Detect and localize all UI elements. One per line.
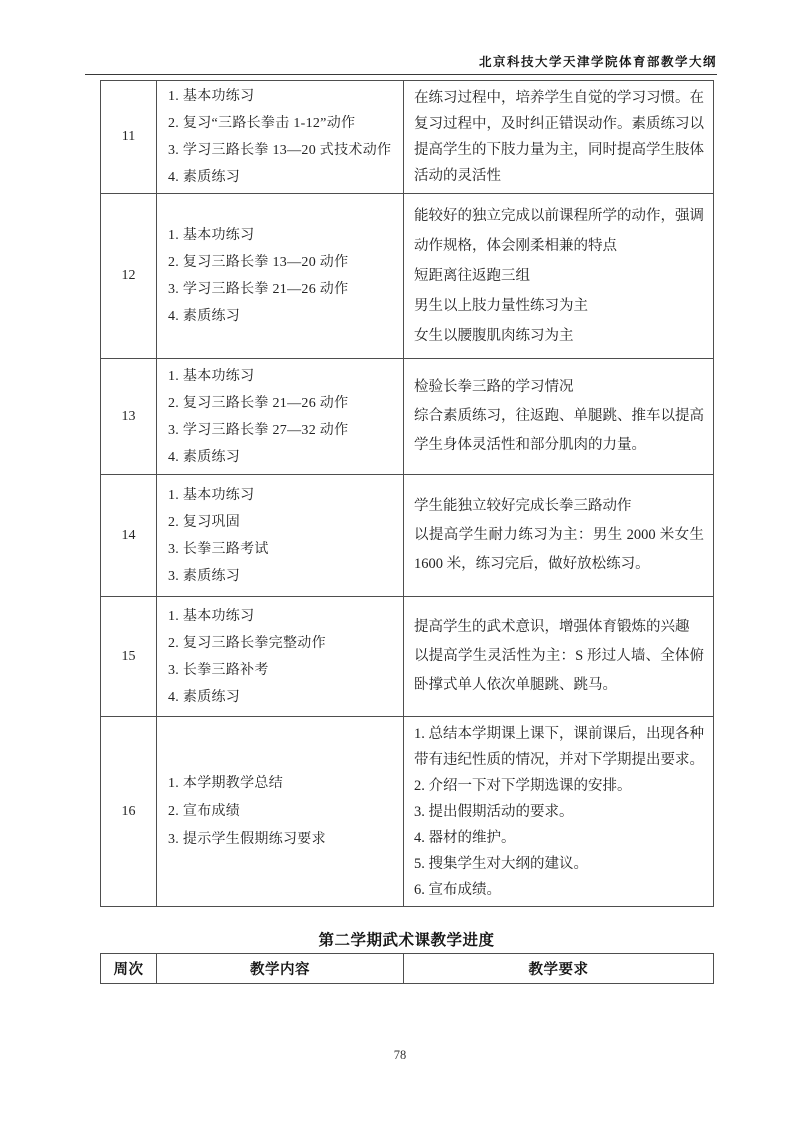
header-rule bbox=[85, 74, 717, 75]
content-cell: 1. 基本功练习 2. 复习三路长拳 21—26 动作 3. 学习三路长拳 27… bbox=[157, 359, 404, 475]
table-row-week-13: 13 1. 基本功练习 2. 复习三路长拳 21—26 动作 3. 学习三路长拳… bbox=[101, 359, 714, 475]
column-header-requirements: 教学要求 bbox=[404, 954, 714, 984]
content-line: 4. 素质练习 bbox=[168, 684, 399, 711]
requirement-line: 3. 提出假期活动的要求。 bbox=[414, 799, 704, 825]
content-line: 3. 提示学生假期练习要求 bbox=[168, 826, 399, 854]
requirement-line: 6. 宣布成绩。 bbox=[414, 877, 704, 903]
content-cell: 1. 基本功练习 2. 复习巩固 3. 长拳三路考试 3. 素质练习 bbox=[157, 475, 404, 597]
week-number: 12 bbox=[101, 194, 157, 359]
week-number: 13 bbox=[101, 359, 157, 475]
table-row-week-16: 16 1. 本学期教学总结 2. 宣布成绩 3. 提示学生假期练习要求 1. 总… bbox=[101, 717, 714, 907]
table-row-week-12: 12 1. 基本功练习 2. 复习三路长拳 13—20 动作 3. 学习三路长拳… bbox=[101, 194, 714, 359]
column-header-content: 教学内容 bbox=[157, 954, 404, 984]
table-row-week-11: 11 1. 基本功练习 2. 复习“三路长拳击 1-12”动作 3. 学习三路长… bbox=[101, 81, 714, 194]
week-number: 14 bbox=[101, 475, 157, 597]
requirement-line: 综合素质练习，往返跑、单腿跳、推车以提高学生身体灵活性和部分肌肉的力量。 bbox=[414, 402, 704, 460]
content-cell: 1. 基本功练习 2. 复习三路长拳 13—20 动作 3. 学习三路长拳 21… bbox=[157, 194, 404, 359]
requirement-line: 以提高学生灵活性为主：S 形过人墙、全体俯卧撑式单人依次单腿跳、跳马。 bbox=[414, 642, 704, 700]
column-header-week: 周次 bbox=[101, 954, 157, 984]
content-line: 3. 学习三路长拳 13—20 式技术动作 bbox=[168, 137, 399, 164]
content-line: 3. 学习三路长拳 21—26 动作 bbox=[168, 276, 399, 303]
content-line: 1. 基本功练习 bbox=[168, 603, 399, 630]
content-line: 1. 本学期教学总结 bbox=[168, 770, 399, 798]
page-header: 北京科技大学天津学院体育部教学大纲 bbox=[85, 52, 717, 70]
content-cell: 1. 本学期教学总结 2. 宣布成绩 3. 提示学生假期练习要求 bbox=[157, 717, 404, 907]
semester2-schedule-table: 周次 教学内容 教学要求 bbox=[100, 953, 714, 984]
content-line: 3. 长拳三路补考 bbox=[168, 657, 399, 684]
requirement-line: 在练习过程中，培养学生自觉的学习习惯。在复习过程中，及时纠正错误动作。素质练习以… bbox=[414, 85, 704, 189]
content-line: 2. 宣布成绩 bbox=[168, 798, 399, 826]
table-row-week-15: 15 1. 基本功练习 2. 复习三路长拳完整动作 3. 长拳三路补考 4. 素… bbox=[101, 597, 714, 717]
content-line: 1. 基本功练习 bbox=[168, 482, 399, 509]
week-number: 15 bbox=[101, 597, 157, 717]
semester1-schedule-table: 11 1. 基本功练习 2. 复习“三路长拳击 1-12”动作 3. 学习三路长… bbox=[100, 80, 714, 907]
requirement-line: 以提高学生耐力练习为主：男生 2000 米女生 1600 米，练习完后，做好放松… bbox=[414, 521, 704, 579]
content-line: 3. 学习三路长拳 27—32 动作 bbox=[168, 417, 399, 444]
table-header-row: 周次 教学内容 教学要求 bbox=[101, 954, 714, 984]
content-line: 1. 基本功练习 bbox=[168, 363, 399, 390]
content-line: 4. 素质练习 bbox=[168, 444, 399, 471]
requirements-cell: 学生能独立较好完成长拳三路动作 以提高学生耐力练习为主：男生 2000 米女生 … bbox=[404, 475, 714, 597]
requirements-cell: 1. 总结本学期课上课下，课前课后，出现各种带有违纪性质的情况，并对下学期提出要… bbox=[404, 717, 714, 907]
content-line: 4. 素质练习 bbox=[168, 303, 399, 330]
requirement-line: 学生能独立较好完成长拳三路动作 bbox=[414, 492, 704, 521]
content-cell: 1. 基本功练习 2. 复习“三路长拳击 1-12”动作 3. 学习三路长拳 1… bbox=[157, 81, 404, 194]
requirement-line: 女生以腰腹肌肉练习为主 bbox=[414, 321, 704, 351]
content-line: 2. 复习巩固 bbox=[168, 509, 399, 536]
week-number: 16 bbox=[101, 717, 157, 907]
content-cell: 1. 基本功练习 2. 复习三路长拳完整动作 3. 长拳三路补考 4. 素质练习 bbox=[157, 597, 404, 717]
requirements-cell: 检验长拳三路的学习情况 综合素质练习，往返跑、单腿跳、推车以提高学生身体灵活性和… bbox=[404, 359, 714, 475]
content-line: 4. 素质练习 bbox=[168, 164, 399, 191]
requirement-line: 2. 介绍一下对下学期选课的安排。 bbox=[414, 773, 704, 799]
content-line: 3. 素质练习 bbox=[168, 563, 399, 590]
requirement-line: 1. 总结本学期课上课下，课前课后，出现各种带有违纪性质的情况，并对下学期提出要… bbox=[414, 721, 704, 773]
requirement-line: 提高学生的武术意识，增强体育锻炼的兴趣 bbox=[414, 613, 704, 642]
requirement-line: 4. 器材的维护。 bbox=[414, 825, 704, 851]
content-line: 2. 复习三路长拳 13—20 动作 bbox=[168, 249, 399, 276]
requirement-line: 检验长拳三路的学习情况 bbox=[414, 373, 704, 402]
requirement-line: 5. 搜集学生对大纲的建议。 bbox=[414, 851, 704, 877]
requirements-cell: 能较好的独立完成以前课程所学的动作，强调动作规格，体会刚柔相兼的特点 短距离往返… bbox=[404, 194, 714, 359]
table-row-week-14: 14 1. 基本功练习 2. 复习巩固 3. 长拳三路考试 3. 素质练习 学生… bbox=[101, 475, 714, 597]
requirement-line: 短距离往返跑三组 bbox=[414, 261, 704, 291]
week-number: 11 bbox=[101, 81, 157, 194]
requirements-cell: 在练习过程中，培养学生自觉的学习习惯。在复习过程中，及时纠正错误动作。素质练习以… bbox=[404, 81, 714, 194]
content-line: 2. 复习三路长拳完整动作 bbox=[168, 630, 399, 657]
requirement-line: 男生以上肢力量性练习为主 bbox=[414, 291, 704, 321]
content-line: 1. 基本功练习 bbox=[168, 83, 399, 110]
content-line: 2. 复习三路长拳 21—26 动作 bbox=[168, 390, 399, 417]
requirement-line: 能较好的独立完成以前课程所学的动作，强调动作规格，体会刚柔相兼的特点 bbox=[414, 201, 704, 261]
requirements-cell: 提高学生的武术意识，增强体育锻炼的兴趣 以提高学生灵活性为主：S 形过人墙、全体… bbox=[404, 597, 714, 717]
content-line: 3. 长拳三路考试 bbox=[168, 536, 399, 563]
content-line: 1. 基本功练习 bbox=[168, 222, 399, 249]
page-number: 78 bbox=[0, 1048, 800, 1063]
semester2-section-title: 第二学期武术课教学进度 bbox=[100, 928, 713, 950]
content-line: 2. 复习“三路长拳击 1-12”动作 bbox=[168, 110, 399, 137]
